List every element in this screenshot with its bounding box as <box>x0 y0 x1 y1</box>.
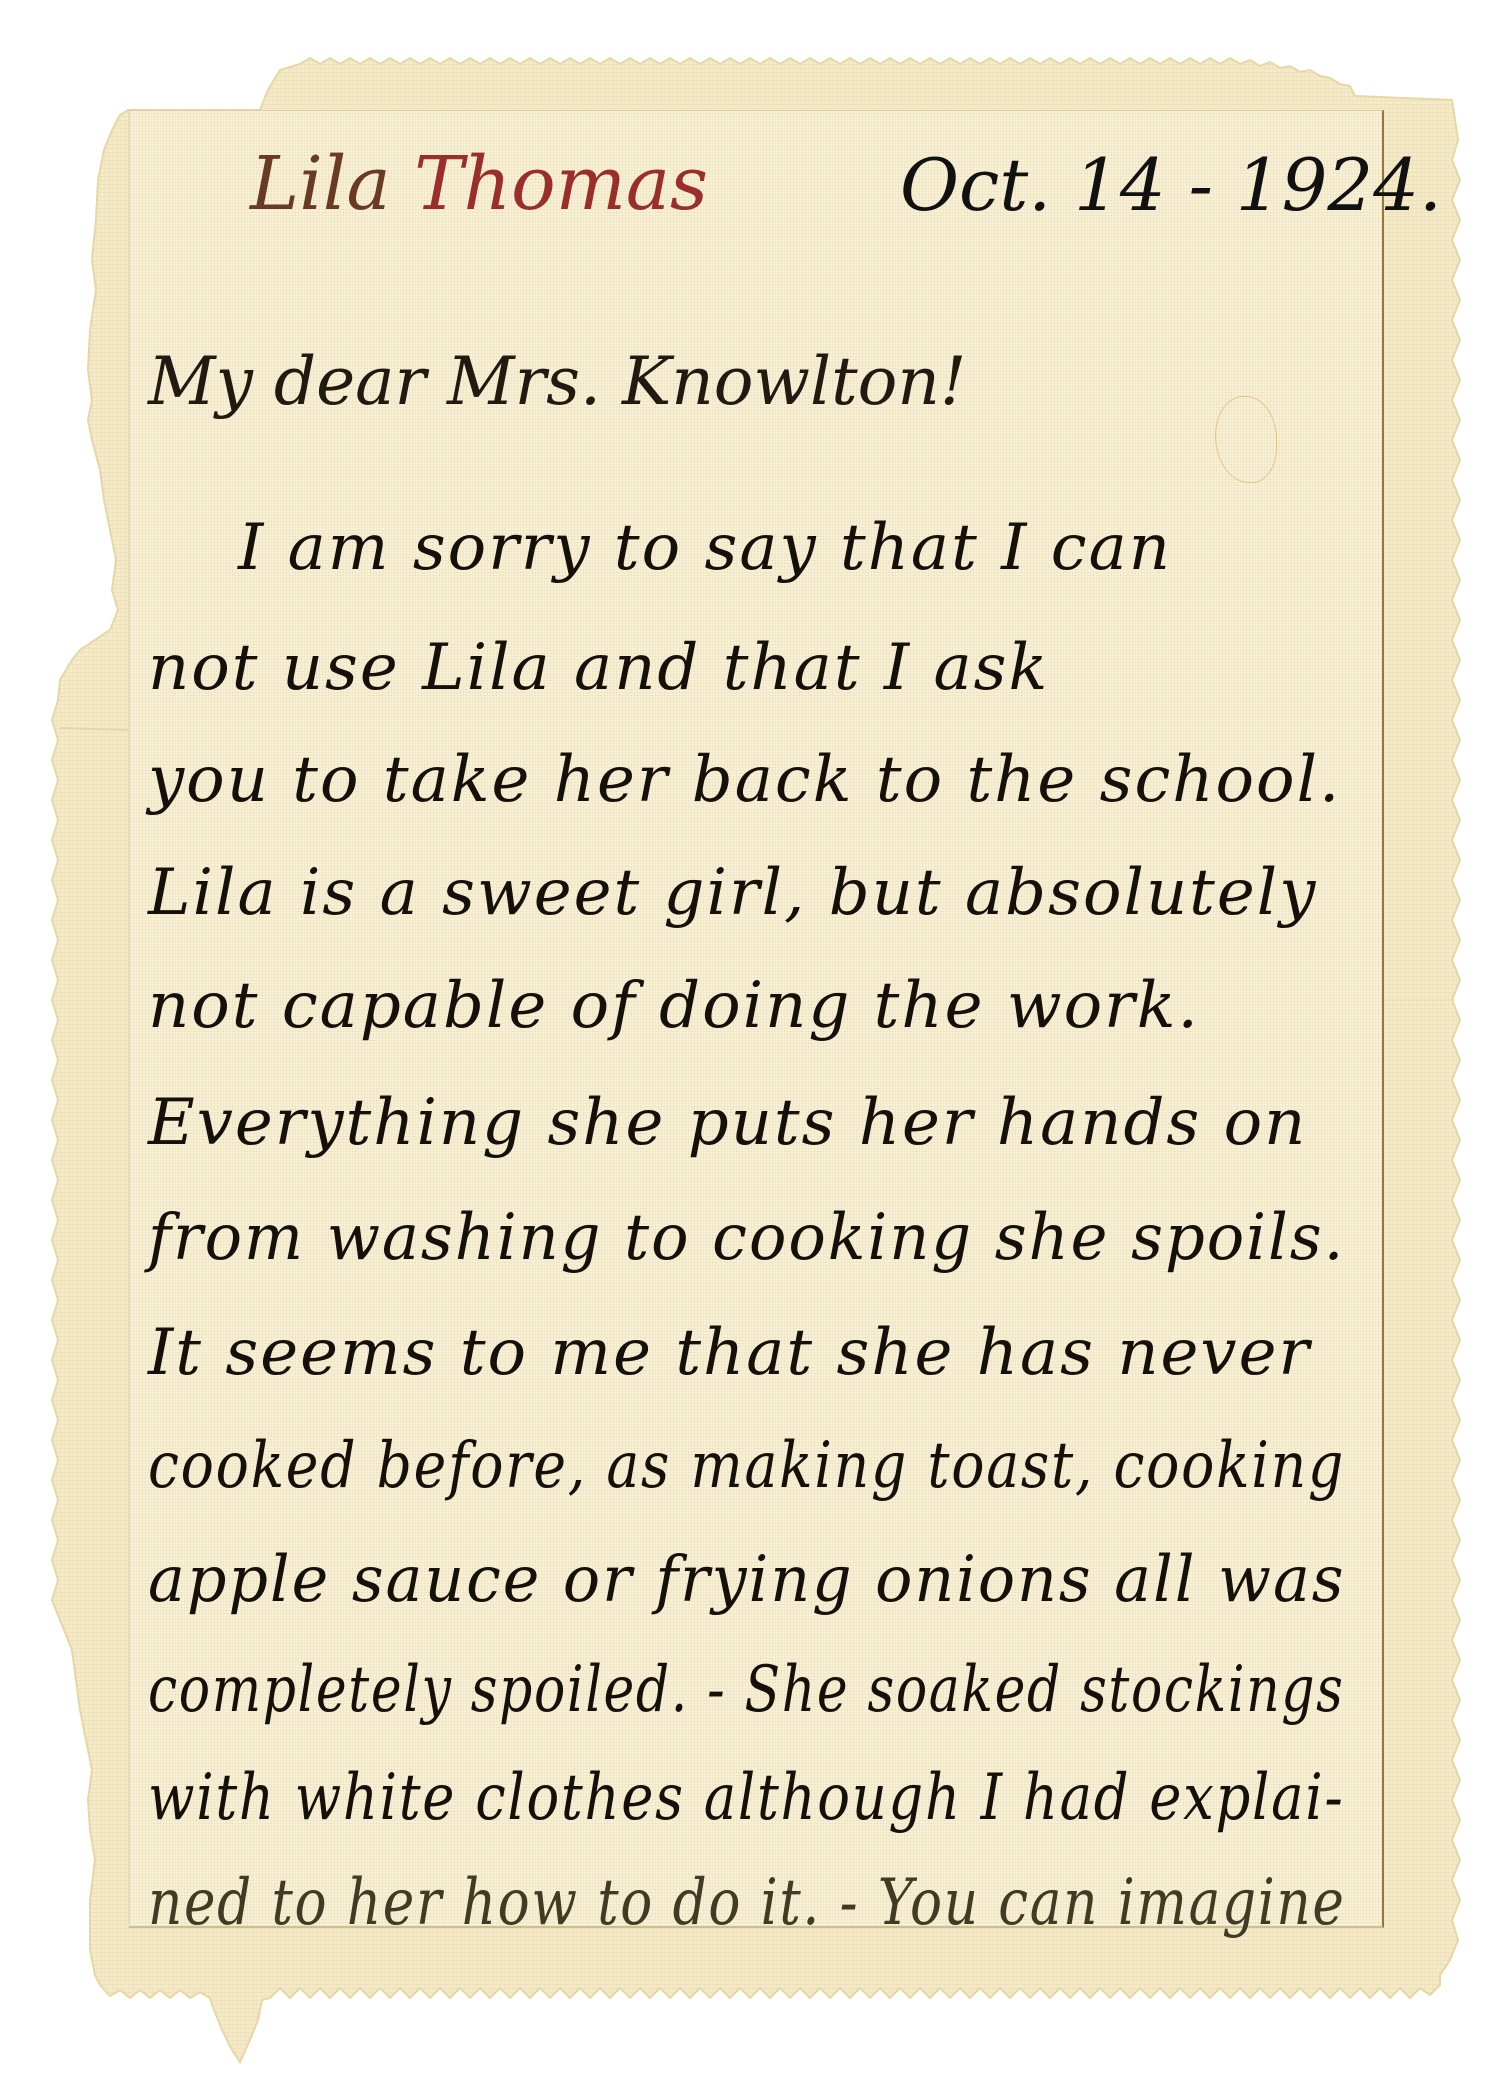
letter-line-2: not use Lila and that I ask <box>148 631 1049 705</box>
letter-card: Lila Thomas Oct. 14 - 1924. My dear Mrs.… <box>128 110 1384 1928</box>
letter-date: Oct. 14 - 1924. <box>900 143 1442 227</box>
header-name: Lila Thomas <box>250 141 708 227</box>
water-stain <box>1215 396 1277 483</box>
header-name-last: Thomas <box>414 141 708 227</box>
letter-line-1: I am sorry to say that I can <box>238 511 1172 585</box>
letter-line-6: Everything she puts her hands on <box>148 1086 1307 1160</box>
letter-line-13: ned to her how to do it. - You can imagi… <box>148 1866 1346 1940</box>
letter-line-10: apple sauce or frying onions all was <box>148 1543 1345 1617</box>
letter-line-9: cooked before, as making toast, cooking <box>148 1429 1345 1503</box>
letter-greeting: My dear Mrs. Knowlton! <box>148 343 966 420</box>
letter-line-3: you to take her back to the school. <box>148 743 1341 817</box>
letter-line-12: with white clothes although I had explai… <box>148 1761 1344 1835</box>
letter-line-11: completely spoiled. - She soaked stockin… <box>148 1653 1345 1727</box>
letter-line-8: It seems to me that she has never <box>148 1316 1311 1390</box>
letter-line-5: not capable of doing the work. <box>148 969 1200 1043</box>
letter-line-4: Lila is a sweet girl, but absolutely <box>148 856 1317 930</box>
header-name-first: Lila <box>250 141 391 227</box>
letter-line-7: from washing to cooking she spoils. <box>148 1201 1345 1275</box>
